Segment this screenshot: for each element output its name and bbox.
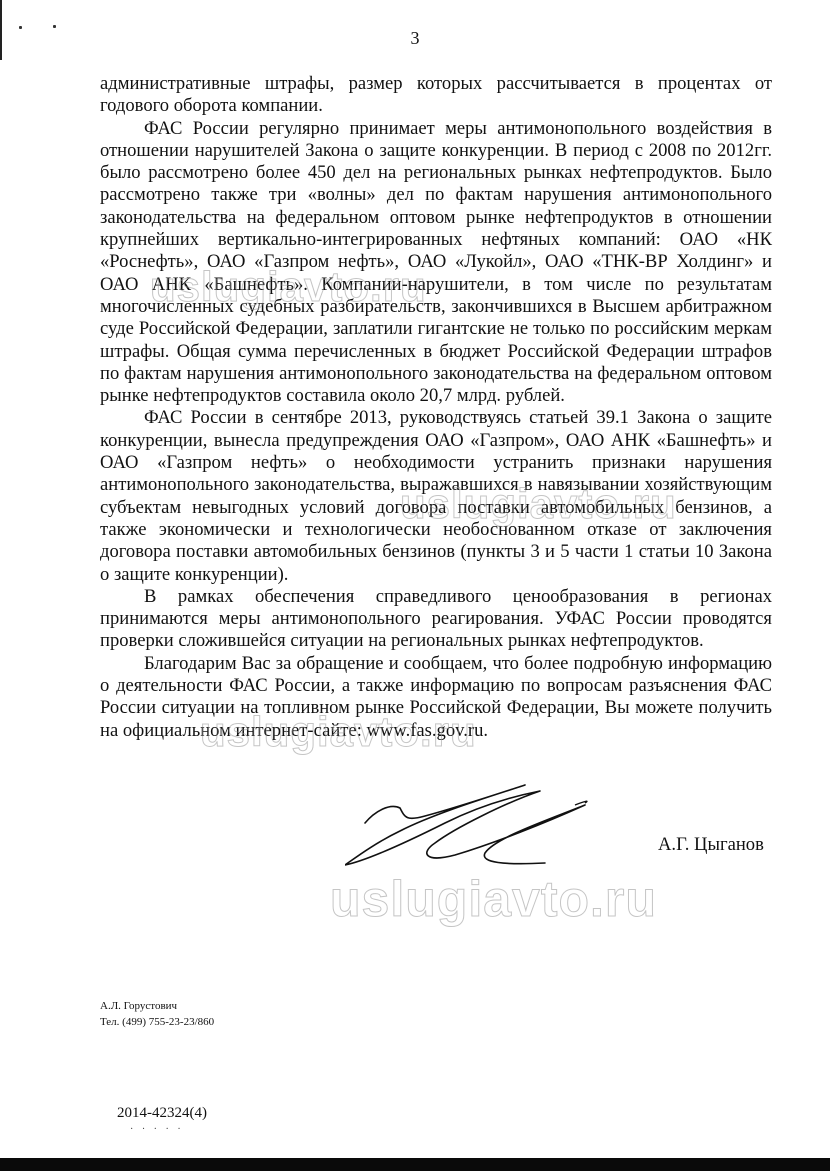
watermark: uslugiavto.ru: [150, 263, 427, 311]
scan-bottom-edge: [0, 1158, 830, 1171]
handwritten-signature-icon: [345, 783, 645, 873]
paragraph-continuation: административные штрафы, размер которых …: [100, 73, 772, 118]
watermark: uslugiavto.ru: [400, 480, 677, 528]
signer-name: А.Г. Цыганов: [658, 834, 764, 856]
letter-body: административные штрафы, размер которых …: [100, 73, 772, 742]
executor-phone: Тел. (499) 755-23-23/860: [100, 1014, 214, 1030]
paragraph-regional-pricing: В рамках обеспечения справедливого ценоо…: [100, 586, 772, 653]
executor-block: А.Л. Горустович Тел. (499) 755-23-23/860: [100, 998, 214, 1030]
executor-name: А.Л. Горустович: [100, 998, 214, 1014]
registration-number: 2014-42324(4): [117, 1105, 207, 1122]
watermark: uslugiavto.ru: [200, 708, 477, 756]
watermark: uslugiavto.ru: [330, 870, 657, 928]
page-number: 3: [0, 28, 830, 49]
scan-artifact: · · · · ·: [130, 1124, 184, 1135]
